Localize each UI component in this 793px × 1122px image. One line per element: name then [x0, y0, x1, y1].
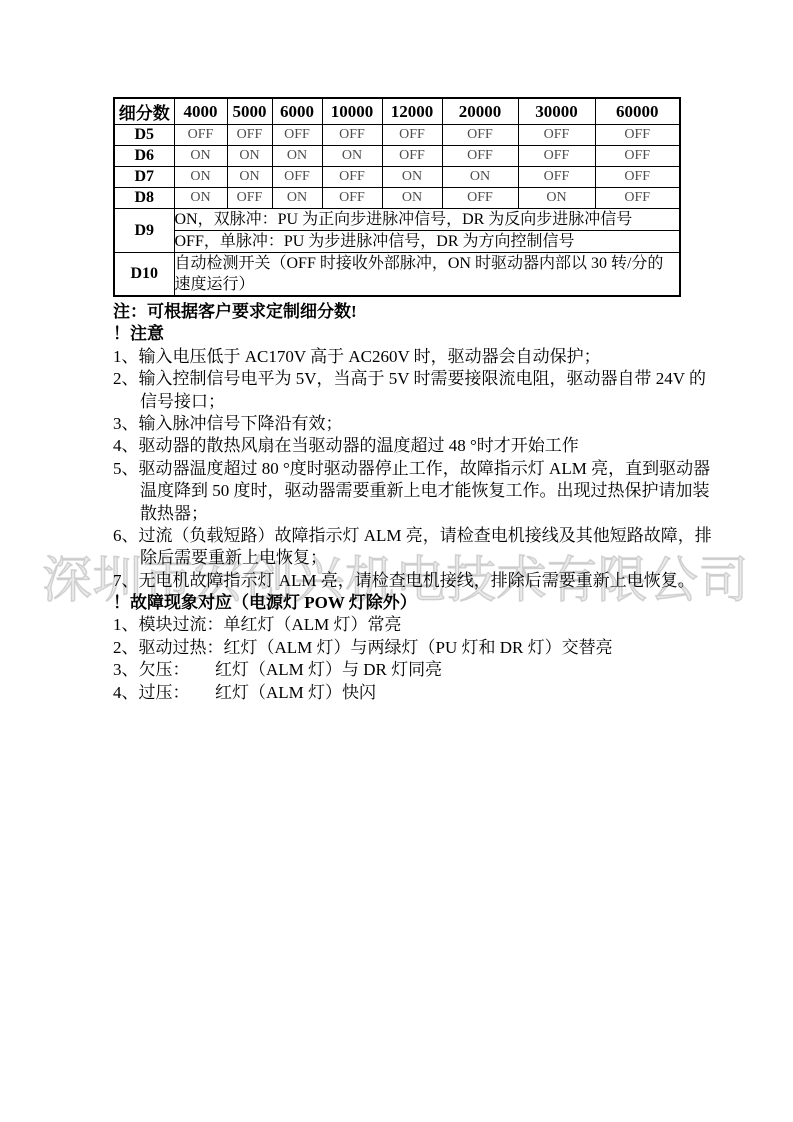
attention-item: 4、驱动器的散热风扇在当驱动器的温度超过 48 °时才开始工作 [113, 435, 683, 457]
table-row-d9-on: D9 ON，双脉冲：PU 为正向步进脉冲信号，DR 为反向步进脉冲信号 [114, 209, 680, 231]
dip-switch-label: D5 [114, 125, 174, 146]
attention-item: 1、输入电压低于 AC170V 高于 AC260V 时，驱动器会自动保护； [113, 346, 683, 368]
dip-value: OFF [174, 125, 227, 146]
attention-item: 2、输入控制信号电平为 5V，当高于 5V 时需要接限流电阻，驱动器自带 24V… [113, 368, 683, 390]
column-header: 10000 [322, 98, 382, 125]
dip-value: ON [322, 146, 382, 167]
dip-value: ON [174, 188, 227, 209]
d9-off-description: OFF，单脉冲：PU 为步进脉冲信号，DR 为方向控制信号 [174, 231, 680, 253]
table-header-row: 细分数 4000 5000 6000 10000 12000 20000 300… [114, 98, 680, 125]
attention-item: 7、无电机故障指示灯 ALM 亮，请检查电机接线，排除后需要重新上电恢复。 [113, 570, 683, 592]
dip-value: OFF [442, 188, 518, 209]
dip-value: OFF [322, 188, 382, 209]
notes-section: 注：可根据客户要求定制细分数! ！注意 1、输入电压低于 AC170V 高于 A… [113, 301, 683, 704]
fault-item: 3、欠压： 红灯（ALM 灯）与 DR 灯同亮 [113, 659, 683, 681]
fault-item: 2、驱动过热：红灯（ALM 灯）与两绿灯（PU 灯和 DR 灯）交替亮 [113, 637, 683, 659]
column-header: 12000 [382, 98, 442, 125]
dip-value: ON [174, 146, 227, 167]
dip-value: ON [442, 167, 518, 188]
d9-on-description: ON，双脉冲：PU 为正向步进脉冲信号，DR 为反向步进脉冲信号 [174, 209, 680, 231]
dip-switch-label: D9 [114, 209, 174, 253]
dip-value: OFF [322, 125, 382, 146]
column-header: 4000 [174, 98, 227, 125]
dip-value: OFF [272, 125, 322, 146]
column-header: 30000 [518, 98, 595, 125]
table-row-d6: D6 ON ON ON ON OFF OFF OFF OFF [114, 146, 680, 167]
dip-value: OFF [272, 167, 322, 188]
dip-switch-label: D7 [114, 167, 174, 188]
attention-item-continuation: 除后需要重新上电恢复； [113, 547, 683, 569]
dip-switch-label: D10 [114, 253, 174, 297]
dip-value: OFF [227, 125, 272, 146]
fault-item: 4、过压： 红灯（ALM 灯）快闪 [113, 682, 683, 704]
dip-value: ON [382, 167, 442, 188]
dip-value: OFF [322, 167, 382, 188]
attention-item: 6、过流（负载短路）故障指示灯 ALM 亮，请检查电机接线及其他短路故障，排 [113, 525, 683, 547]
table-row-d10: D10 自动检测开关（OFF 时接收外部脉冲，ON 时驱动器内部以 30 转/分… [114, 253, 680, 297]
column-header: 细分数 [114, 98, 174, 125]
table-row-d7: D7 ON ON OFF OFF ON ON OFF OFF [114, 167, 680, 188]
fault-item: 1、模块过流：单红灯（ALM 灯）常亮 [113, 614, 683, 636]
column-header: 5000 [227, 98, 272, 125]
table-row-d9-off: OFF，单脉冲：PU 为步进脉冲信号，DR 为方向控制信号 [114, 231, 680, 253]
dip-value: OFF [595, 125, 680, 146]
dip-value: ON [227, 167, 272, 188]
dip-value: ON [272, 146, 322, 167]
dip-value: OFF [382, 125, 442, 146]
fault-heading: ！故障现象对应（电源灯 POW 灯除外） [113, 592, 683, 614]
dip-switch-label: D8 [114, 188, 174, 209]
dip-value: ON [272, 188, 322, 209]
dip-value: ON [382, 188, 442, 209]
table-row-d8: D8 ON OFF ON OFF ON OFF ON OFF [114, 188, 680, 209]
attention-item-continuation: 信号接口； [113, 391, 683, 413]
dip-value: ON [227, 146, 272, 167]
column-header: 60000 [595, 98, 680, 125]
subdivision-settings-table: 细分数 4000 5000 6000 10000 12000 20000 300… [113, 97, 681, 297]
custom-subdivision-note: 注：可根据客户要求定制细分数! [113, 301, 683, 323]
column-header: 20000 [442, 98, 518, 125]
d10-description: 自动检测开关（OFF 时接收外部脉冲，ON 时驱动器内部以 30 转/分的速度运… [174, 253, 680, 297]
dip-value: ON [174, 167, 227, 188]
document-page: 深圳市宏创兴机电技术有限公司 细分数 4000 5000 6000 10000 … [0, 0, 793, 1122]
dip-value: ON [518, 188, 595, 209]
dip-value: OFF [442, 146, 518, 167]
dip-value: OFF [518, 167, 595, 188]
dip-value: OFF [518, 125, 595, 146]
table-row-d5: D5 OFF OFF OFF OFF OFF OFF OFF OFF [114, 125, 680, 146]
dip-value: OFF [595, 146, 680, 167]
attention-item-continuation: 温度降到 50 度时，驱动器需要重新上电才能恢复工作。出现过热保护请加装 [113, 480, 683, 502]
dip-value: OFF [595, 167, 680, 188]
dip-value: OFF [518, 146, 595, 167]
dip-value: OFF [442, 125, 518, 146]
dip-value: OFF [382, 146, 442, 167]
document-content: 细分数 4000 5000 6000 10000 12000 20000 300… [113, 97, 683, 704]
column-header: 6000 [272, 98, 322, 125]
attention-item: 3、输入脉冲信号下降沿有效； [113, 413, 683, 435]
dip-value: OFF [595, 188, 680, 209]
dip-switch-label: D6 [114, 146, 174, 167]
attention-item-continuation: 散热器； [113, 503, 683, 525]
dip-value: OFF [227, 188, 272, 209]
attention-item: 5、驱动器温度超过 80 °度时驱动器停止工作，故障指示灯 ALM 亮，直到驱动… [113, 458, 683, 480]
attention-heading: ！注意 [113, 323, 683, 345]
